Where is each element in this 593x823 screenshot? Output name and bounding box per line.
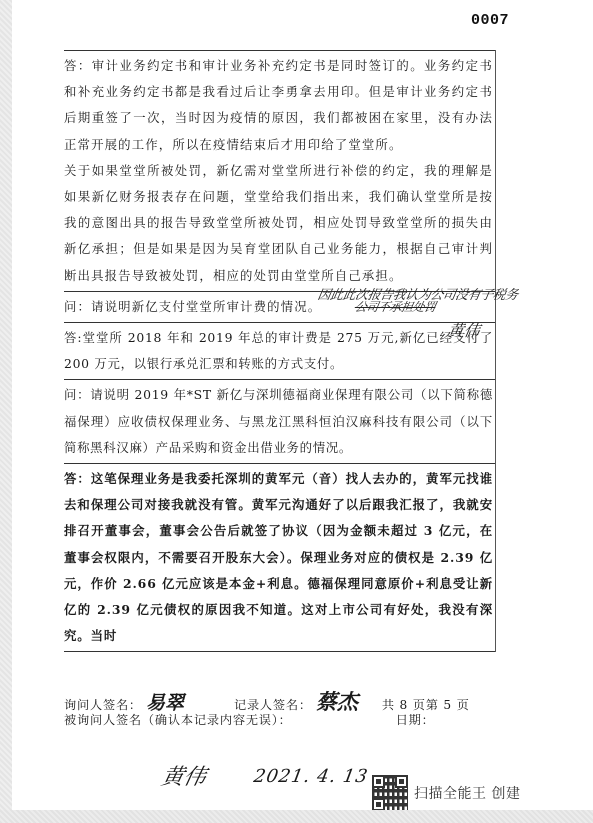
answer-section-factoring: 答：这笔保理业务是我委托深圳的黄军元（音）找人去办的，黄军元找谁去和保理公司对接… xyxy=(64,463,495,652)
interview-record-box: 答：审计业务约定书和审计业务补充约定书是同时签订的。业务约定书和补充业务约定书都… xyxy=(64,50,496,652)
page-count: 共 8 页第 5 页 xyxy=(382,698,470,713)
answer-section-audit-fee: 答:堂堂所 2018 年和 2019 年总的审计费是 275 万元,新亿已经支付… xyxy=(64,322,495,379)
answer-paragraph: 答：审计业务约定书和审计业务补充约定书是同时签订的。业务约定书和补充业务约定书都… xyxy=(64,53,495,158)
recorder-signature: 蔡杰 xyxy=(316,694,358,709)
signature-row-2: 被询问人签名（确认本记录内容无误）： 日期： xyxy=(64,713,534,728)
bottom-strip xyxy=(0,810,593,823)
question-paragraph: 问：请说明 2019 年*ST 新亿与深圳德福商业保理有限公司（以下简称德福保理… xyxy=(64,382,495,461)
recorder-label: 记录人签名： xyxy=(234,698,312,713)
signature-row-1: 询问人签名： 易翠 记录人签名： 蔡杰 共 8 页第 5 页 xyxy=(64,694,534,713)
answer-paragraph: 答：这笔保理业务是我委托深圳的黄军元（音）找人去办的，黄军元找谁去和保理公司对接… xyxy=(64,466,495,649)
qr-code-icon xyxy=(372,775,408,811)
interviewer-signature: 易翠 xyxy=(146,696,184,711)
answer-paragraph: 关于如果堂堂所被处罚，新亿需对堂堂所进行补偿的约定，我的理解是如果新亿财务报表存… xyxy=(64,158,495,289)
scanner-watermark: 扫描全能王 创建 xyxy=(372,775,520,811)
date-label: 日期： xyxy=(396,713,435,728)
respondent-label: 被询问人签名（确认本记录内容无误）： xyxy=(64,713,292,728)
answer-paragraph: 答:堂堂所 2018 年和 2019 年总的审计费是 275 万元,新亿已经支付… xyxy=(64,325,495,377)
question-section-factoring: 问：请说明 2019 年*ST 新亿与深圳德福商业保理有限公司（以下简称德福保理… xyxy=(64,379,495,463)
handwritten-correction-line-2: 公司不承担处罚 xyxy=(354,298,438,315)
interviewer-label: 询问人签名： xyxy=(64,698,142,713)
watermark-text: 扫描全能王 创建 xyxy=(414,783,520,803)
left-gutter xyxy=(0,0,12,823)
signature-footer: 询问人签名： 易翠 记录人签名： 蔡杰 共 8 页第 5 页 被询问人签名（确认… xyxy=(64,694,534,728)
page-number: 0007 xyxy=(471,12,509,29)
handwritten-initials: 黄伟 xyxy=(446,318,482,341)
respondent-signature: 黄伟 xyxy=(159,760,210,791)
answer-section-audit-agreement: 答：审计业务约定书和审计业务补充约定书是同时签订的。业务约定书和补充业务约定书都… xyxy=(64,50,495,291)
signature-date: 2021. 4. 13 xyxy=(252,766,370,787)
